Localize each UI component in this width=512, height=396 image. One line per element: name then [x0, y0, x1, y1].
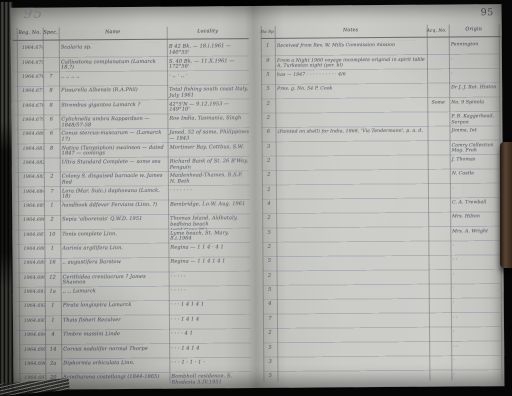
cell-locality: Bombholl residence, S. Rhodesia 5.IV.195…: [169, 372, 251, 387]
cell-locality: · · · 1 4 1 4: [169, 315, 251, 330]
cell-spec: 6: [43, 115, 59, 130]
cell-spec: 8: [43, 101, 59, 116]
cell-locality: Bembridge, I.o.W. Aug. 1961: [168, 200, 250, 215]
cell-reg-no: 1964.679: [17, 115, 43, 130]
cell-acq-no: [429, 327, 451, 342]
cell-qty: 3: [263, 358, 277, 373]
cell-reg-no: 1964.684: [18, 187, 44, 202]
cell-reg-no: 1964.689: [18, 259, 44, 274]
cell-origin: ·: [449, 54, 501, 69]
cell-name: ,, ,, ,, ,,: [59, 71, 167, 86]
cell-notes: (Painted on shell) for India, 1868, 'Via…: [275, 127, 427, 143]
rows-layer: 1964.674Scalaria sp.B 42 Bk. — 18.i.1961…: [11, 4, 505, 390]
cell-acq-no: [429, 299, 451, 314]
cell-name: Colony S. disguised barnacle w. James Re…: [60, 172, 168, 187]
cell-origin: · ·: [450, 255, 502, 270]
cell-acq-no: [429, 313, 451, 328]
cell-notes: [277, 328, 429, 344]
cell-origin: ·: [451, 356, 503, 371]
cell-qty: 5: [263, 286, 277, 301]
cell-name: Cerithidea crenilacrum ? James Shannon: [61, 272, 169, 287]
cell-notes: From a Night 1960 voyage incomplete orig…: [275, 55, 427, 71]
cell-name: Lora (Mar. Sulc.) daphneana (Lamck. 18): [60, 186, 168, 201]
cell-qty: 5: [261, 85, 275, 100]
cell-locality: · ,, · ,, ·: [167, 71, 249, 86]
cell-notes: has — 1947 · · · · · · · · · · 4/6: [275, 69, 427, 85]
cell-reg-no: 1964.678: [17, 101, 43, 116]
cell-reg-no: 1964.686: [18, 216, 44, 231]
cell-spec: 16: [44, 259, 60, 274]
cell-name: Calliostoma complanatum (Lamarck 18.?): [59, 57, 167, 72]
cell-qty: 3: [262, 142, 276, 157]
cell-locality: · · · · · · ·: [168, 186, 250, 201]
cell-name: Strombus gigantea Lamarck ?: [59, 100, 167, 115]
cell-spec: 10: [44, 230, 60, 245]
cell-acq-no: [428, 170, 450, 185]
cell-name: ,, augustifera Barstow: [60, 258, 168, 273]
cell-reg-no: 1964.675: [17, 58, 43, 73]
cell-spec: 1: [44, 201, 60, 216]
cell-locality: · · · 1 · 1 · 1 ·: [169, 358, 251, 373]
cell-origin: ·: [451, 284, 503, 299]
cell-acq-no: [427, 127, 449, 142]
cell-acq-no: [428, 241, 450, 256]
cell-qty: 5: [263, 372, 277, 387]
cell-origin: Pennington: [449, 40, 501, 55]
cell-acq-no: [429, 270, 451, 285]
cell-origin: Dr J. J. Rot. Hinton: [449, 83, 501, 98]
cell-name: Sepia 'alborensis' Q.W.D. 1951: [60, 215, 168, 230]
cell-origin: Camry Collection Mag. Froh: [450, 141, 502, 156]
cell-reg-no: 1964.690: [19, 273, 45, 288]
cell-locality: · · · 1 4 1 4 1: [169, 300, 251, 315]
cell-name: Ultra Standard Complete — some sea: [60, 158, 168, 173]
scanned-register-photo: { "page": { "left_page_number": "95", "r…: [0, 0, 512, 396]
cell-origin: ·: [451, 370, 503, 385]
cell-locality: Richard Bank of St. 26 B'Way, Penguin: [168, 157, 250, 172]
cell-reg-no: 1964.688: [18, 245, 44, 260]
cell-reg-no: 1964.676: [17, 72, 43, 87]
cell-acq-no: [429, 342, 451, 357]
cell-locality: Maidenhead-Thames, R.S.P. N. Beth: [168, 171, 250, 186]
cell-origin: C. A. Trewball: [450, 198, 502, 213]
cell-qty: 2: [262, 243, 276, 258]
cell-qty: 2: [262, 185, 276, 200]
cell-acq-no: [427, 84, 449, 99]
cell-acq-no: [428, 155, 450, 170]
cell-locality: · · · · ·: [169, 286, 251, 301]
cell-reg-no: 1964.674: [17, 44, 43, 59]
cell-origin: Mrs. Hilton: [450, 212, 502, 227]
cell-name: Natica (Tanysiphon) swainson — dated 184…: [60, 143, 168, 158]
cell-name: Tonis complete Linn.: [60, 229, 168, 244]
cell-spec: [43, 58, 59, 73]
cell-spec: 14: [45, 345, 61, 360]
cell-origin: · ·: [451, 341, 503, 356]
cell-qty: 2: [261, 99, 275, 114]
cell-notes: [276, 242, 428, 258]
cell-locality: Thomas Island, Aldbataly, bedhina beach …: [168, 214, 250, 229]
cell-acq-no: [427, 69, 449, 84]
cell-notes: Received from Rev. W. Mills Commission m…: [275, 41, 427, 57]
cell-locality: Lyme beach, St. Mary, 8.i.1964: [168, 229, 250, 244]
cell-qty: 6: [261, 128, 275, 143]
book-strap: [500, 142, 512, 268]
cell-qty: 2: [263, 329, 277, 344]
cell-spec: 7: [43, 72, 59, 87]
cell-qty: 5: [261, 71, 275, 86]
cell-qty: 5: [262, 257, 276, 272]
cell-notes: [276, 184, 428, 200]
cell-notes: [277, 270, 429, 286]
cell-spec: 8: [44, 144, 60, 159]
cell-locality: · · · · ·: [169, 272, 251, 287]
cell-spec: 1: [45, 302, 61, 317]
cell-notes: [276, 155, 428, 171]
cell-spec: 2: [44, 216, 60, 231]
cell-reg-no: 1964.687: [18, 230, 44, 245]
cell-acq-no: [427, 40, 449, 55]
cell-spec: 2: [44, 173, 60, 188]
cell-notes: [277, 371, 429, 387]
cell-notes: [276, 213, 428, 229]
cell-locality: · · · · 4 1: [169, 329, 251, 344]
cell-name: Scintharena costellongi (1844-1865): [61, 373, 169, 388]
cell-qty: 2: [262, 171, 276, 186]
cell-notes: [276, 256, 428, 272]
cell-qty: 9: [261, 56, 275, 71]
cell-acq-no: Some: [427, 98, 449, 113]
cell-notes: [276, 227, 428, 243]
cell-spec: [44, 158, 60, 173]
cell-reg-no: 1964.685: [18, 202, 44, 217]
cell-qty: 4: [262, 200, 276, 215]
cell-reg-no: 1964.691: [19, 288, 45, 303]
cell-origin: ·: [451, 327, 503, 342]
cell-spec: 6: [43, 130, 59, 145]
cell-reg-no: 1964.693: [19, 316, 45, 331]
cell-qty: 4: [263, 300, 277, 315]
cell-locality: 42°5'N — 9.12.1953 — 149°10': [167, 99, 249, 114]
cell-notes: [275, 98, 427, 114]
cell-name: Aurinia argilifera Linn.: [60, 244, 168, 259]
cell-acq-no: [428, 256, 450, 271]
cell-notes: [277, 356, 429, 372]
cell-spec: 1a: [45, 287, 61, 302]
cell-name: handbook ddfever Fervians (Linn. ?): [60, 201, 168, 216]
cell-notes: [277, 313, 429, 329]
cell-qty: 2: [262, 214, 276, 229]
cell-origin: ·: [450, 241, 502, 256]
cell-locality: Roe India, Tasmania, Singh: [167, 114, 249, 129]
cell-spec: 1: [45, 316, 61, 331]
cell-spec: [43, 44, 59, 59]
cell-reg-no: 1964.682: [18, 158, 44, 173]
cell-spec: 7: [44, 187, 60, 202]
cell-notes: [277, 299, 429, 315]
cell-name: ,, ,, Lamarck: [61, 287, 169, 302]
cell-origin: ·: [449, 69, 501, 84]
cell-origin: N. Castle: [450, 169, 502, 184]
cell-qty: 2: [261, 114, 275, 129]
cell-origin: ·: [450, 184, 502, 199]
cell-origin: ·: [451, 270, 503, 285]
cell-locality: B 42 Bk. — 18.i.1961 — 140°55': [167, 42, 249, 57]
cell-qty: 2: [262, 157, 276, 172]
cell-locality: S. 40 Bk. — 11.X.1961 — 172°56': [167, 56, 249, 71]
cell-notes: Pres. g. No. 54 P. Cook: [275, 84, 427, 100]
cell-acq-no: [427, 112, 449, 127]
cell-acq-no: [429, 284, 451, 299]
cell-origin: Mrs. A. Wright: [450, 227, 502, 242]
cell-origin: J. Thomas: [450, 155, 502, 170]
cell-name: Corvus nodulifer normal Thorpe: [61, 344, 169, 359]
cell-name: Pirata longispira Lamarck: [61, 301, 169, 316]
cell-acq-no: [429, 356, 451, 371]
cell-locality: Mortimer Bay, Cottbus, S.W.: [168, 142, 250, 157]
cell-notes: [275, 112, 427, 128]
cell-spec: 12: [45, 273, 61, 288]
cell-qty: 5: [262, 228, 276, 243]
cell-qty: 7: [263, 314, 277, 329]
cell-reg-no: 1964.683: [18, 173, 44, 188]
cell-qty: 2: [263, 271, 277, 286]
cell-spec: 4: [45, 331, 61, 346]
cell-notes: [276, 199, 428, 215]
cell-reg-no: 1964.692: [19, 302, 45, 317]
cell-spec: 2a: [45, 359, 61, 374]
cell-name: Cylichnella umbra Rappardson — 1848/57-5…: [59, 114, 167, 129]
cell-origin: · ·: [451, 313, 503, 328]
cell-locality: Janed, 52 of same, Philippines — 1843: [167, 128, 249, 143]
cell-spec: 1: [44, 244, 60, 259]
cell-reg-no: 1964.681: [18, 144, 44, 159]
cell-name: Timbre massini Linde: [61, 330, 169, 345]
cell-locality: Regina — 1 1 4 · 4 1: [168, 243, 250, 258]
cell-spec: 8: [43, 87, 59, 102]
cell-name: Scalaria sp.: [59, 43, 167, 58]
cell-notes: [277, 285, 429, 301]
cell-qty: 5: [263, 343, 277, 358]
cell-origin: No. 9 Spinola: [449, 97, 501, 112]
cell-origin: ·: [451, 298, 503, 313]
cell-acq-no: [427, 55, 449, 70]
cell-name: Conus stercus-muscarum — (Lamarck 17): [59, 129, 167, 144]
cell-notes: [276, 170, 428, 186]
cell-reg-no: 1964.680: [17, 130, 43, 145]
cell-reg-no: 1964.695: [19, 345, 45, 360]
cell-reg-no: 1964.696: [19, 359, 45, 374]
cell-reg-no: 1964.677: [17, 87, 43, 102]
cell-acq-no: [428, 227, 450, 242]
cell-locality: Regina — 1 1 4 1 4 1: [168, 257, 250, 272]
cell-name: Diphormia orbiculata Linn.: [61, 358, 169, 373]
cell-notes: [276, 141, 428, 157]
cell-origin: P. B. Kaggerhead, Serpon: [449, 112, 501, 127]
cell-notes: [277, 342, 429, 358]
cell-acq-no: [428, 213, 450, 228]
cell-qty: 1: [261, 42, 275, 57]
cell-acq-no: [428, 141, 450, 156]
cell-acq-no: [429, 371, 451, 386]
cell-origin: Jimma, Int: [449, 126, 501, 141]
cell-acq-no: [428, 184, 450, 199]
cell-reg-no: 1964.694: [19, 331, 45, 346]
cell-locality: · · · 1 4 1 4: [169, 343, 251, 358]
register-spread: 95 95 Reg. No. Spec. Name Locality No Sp…: [11, 4, 505, 390]
cell-acq-no: [428, 198, 450, 213]
cell-name: Fissurella Albensis (R.A.Phil): [59, 86, 167, 101]
cell-name: Thais fisheri Reculver: [61, 315, 169, 330]
cell-locality: Total fishing south coast Italy, July 19…: [167, 85, 249, 100]
